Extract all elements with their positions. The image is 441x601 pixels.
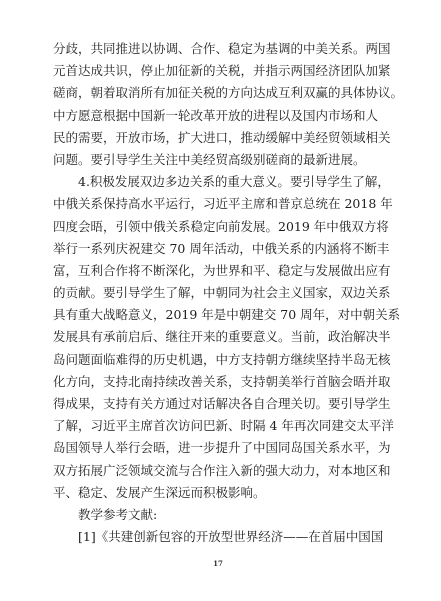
document-page: 分歧，共同推进以协调、合作、稳定为基调的中美关系。两国 元首达成共识，停止加征新… xyxy=(0,0,441,601)
text-line: 发展具有承前启后、继往开来的重要意义。当前，政治解决半 xyxy=(53,326,378,348)
text-line: 双方拓展广泛领域交流与合作注入新的强大动力，对本地区和 xyxy=(53,460,378,482)
text-line: 得成果，支持有关方通过对话解决各自合理关切。要引导学生 xyxy=(53,393,378,415)
paragraph-bilateral-multilateral: 4.积极发展双边多边关系的重大意义。要引导学生了解， 中俄关系保持高水平运行，习… xyxy=(53,171,378,504)
text-line: 中方愿意根据中国新一轮改革开放的进程以及国内市场和人 xyxy=(53,105,378,127)
text-line: 岛问题面临难得的历史机遇，中方支持朝方继续坚持半岛无核 xyxy=(53,349,378,371)
text-line: 举行一系列庆祝建交 70 周年活动，中俄关系的内涵将不断丰 xyxy=(53,238,378,260)
text-line: 具有重大战略意义，2019 年是中朝建交 70 周年，对中朝关系 xyxy=(53,304,378,326)
text-line: 中俄关系保持高水平运行，习近平主席和普京总统在 2018 年 xyxy=(53,193,378,215)
text-line: 岛国领导人举行会晤，进一步提升了中国同岛国关系水平，为 xyxy=(53,437,378,459)
text-line: 分歧，共同推进以协调、合作、稳定为基调的中美关系。两国 xyxy=(53,38,378,60)
body-text: 分歧，共同推进以协调、合作、稳定为基调的中美关系。两国 元首达成共识，停止加征新… xyxy=(53,38,378,548)
text-line: 化方向，支持北南持续改善关系，支持朝美举行首脑会晤并取 xyxy=(53,371,378,393)
section-heading-line: 4.积极发展双边多边关系的重大意义。要引导学生了解， xyxy=(53,171,378,193)
text-line: 磋商，朝着取消所有加征关税的方向达成互利双赢的具体协议。 xyxy=(53,82,378,104)
text-line: 的贡献。要引导学生了解，中朝同为社会主义国家，双边关系 xyxy=(53,282,378,304)
reference-item: [1]《共建创新包容的开放型世界经济——在首届中国国 xyxy=(53,526,378,548)
paragraph-us-china-trade: 分歧，共同推进以协调、合作、稳定为基调的中美关系。两国 元首达成共识，停止加征新… xyxy=(53,38,378,171)
text-line: 元首达成共识，停止加征新的关税，并指示两国经济团队加紧 xyxy=(53,60,378,82)
text-line: 富，互利合作将不断深化，为世界和平、稳定与发展做出应有 xyxy=(53,260,378,282)
references-heading: 教学参考文献: xyxy=(53,504,378,526)
references-title: 教学参考文献: xyxy=(53,504,378,526)
reference-line: [1]《共建创新包容的开放型世界经济——在首届中国国 xyxy=(53,526,378,548)
text-line: 民的需要，开放市场，扩大进口，推动缓解中美经贸领域相关 xyxy=(53,127,378,149)
text-line: 了解，习近平主席首次访问巴新、时隔 4 年再次同建交太平洋 xyxy=(53,415,378,437)
text-line: 四度会晤，引领中俄关系稳定向前发展。2019 年中俄双方将 xyxy=(53,216,378,238)
text-line: 问题。要引导学生关注中美经贸高级别磋商的最新进展。 xyxy=(53,149,378,171)
text-line: 平、稳定、发展产生深远而积极影响。 xyxy=(53,482,378,504)
page-number: 17 xyxy=(0,559,436,568)
